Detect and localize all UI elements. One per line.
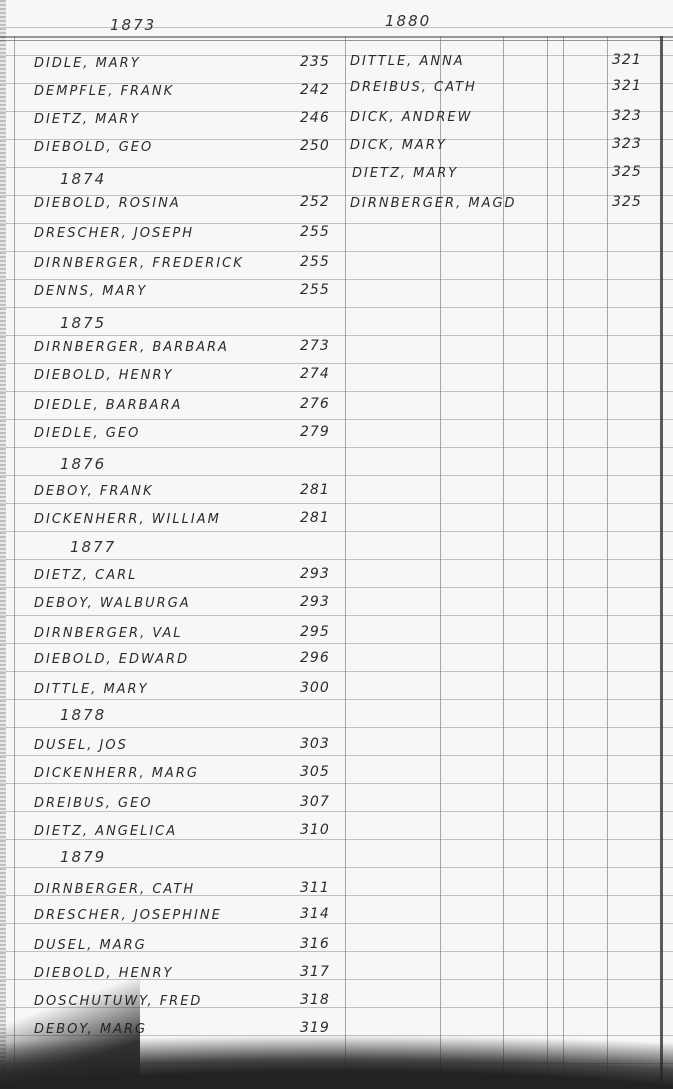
header-rule — [0, 36, 673, 38]
entry-page: 300 — [300, 680, 330, 696]
entry-name: DIETZ, CARL — [34, 568, 137, 583]
entry-name: DEBOY, WALBURGA — [34, 596, 191, 611]
entry-name: DICKENHERR, WILLIAM — [34, 512, 221, 527]
entry-page: 323 — [612, 108, 642, 124]
margin-line — [660, 36, 663, 1089]
year-heading: 1875 — [60, 314, 106, 332]
entry-page: 255 — [300, 254, 330, 270]
entry-page: 276 — [300, 396, 330, 412]
column-line — [440, 36, 441, 1089]
entry-name: DIETZ, MARY — [352, 166, 458, 181]
entry-page: 325 — [612, 194, 642, 210]
entry-page: 252 — [300, 194, 330, 210]
entry-page: 317 — [300, 964, 330, 980]
entry-page: 321 — [612, 52, 642, 68]
ledger-page: 1873DIDLE, MARY235DEMPFLE, FRANK242DIETZ… — [0, 0, 673, 1089]
entry-name: DIEBOLD, ROSINA — [34, 196, 181, 211]
entry-page: 325 — [612, 164, 642, 180]
entry-name: DIEDLE, BARBARA — [34, 398, 182, 413]
entry-page: 274 — [300, 366, 330, 382]
entry-name: DICK, ANDREW — [350, 110, 472, 125]
entry-name: DITTLE, MARY — [34, 682, 149, 697]
entry-page: 321 — [612, 78, 642, 94]
entry-page: 281 — [300, 510, 330, 526]
entry-page: 246 — [300, 110, 330, 126]
entry-page: 293 — [300, 566, 330, 582]
column-line — [607, 36, 608, 1089]
column-line — [14, 36, 15, 1089]
entry-page: 323 — [612, 136, 642, 152]
entry-name: DICKENHERR, MARG — [34, 766, 199, 781]
entry-name: DIRNBERGER, VAL — [34, 626, 183, 641]
year-heading: 1877 — [70, 538, 116, 556]
entry-page: 311 — [300, 880, 330, 896]
entry-page: 295 — [300, 624, 330, 640]
entry-name: DITTLE, ANNA — [350, 54, 465, 69]
entry-name: DIETZ, ANGELICA — [34, 824, 177, 839]
entry-name: DEBOY, FRANK — [34, 484, 154, 499]
year-heading: 1878 — [60, 706, 106, 724]
entry-name: DIDLE, MARY — [34, 56, 141, 71]
column-line — [503, 36, 504, 1089]
year-heading: 1879 — [60, 848, 106, 866]
entry-name: DIRNBERGER, FREDERICK — [34, 256, 244, 271]
entry-page: 281 — [300, 482, 330, 498]
entry-name: DIETZ, MARY — [34, 112, 140, 127]
entry-page: 303 — [300, 736, 330, 752]
entry-name: DRESCHER, JOSEPH — [34, 226, 194, 241]
entry-name: DREIBUS, CATH — [350, 80, 477, 95]
entry-page: 293 — [300, 594, 330, 610]
entry-name: DIEBOLD, HENRY — [34, 368, 173, 383]
column-line — [345, 36, 346, 1089]
entry-page: 255 — [300, 282, 330, 298]
entry-page: 310 — [300, 822, 330, 838]
entry-name: DIRNBERGER, BARBARA — [34, 340, 229, 355]
entry-name: DIEDLE, GEO — [34, 426, 140, 441]
year-heading: 1874 — [60, 170, 106, 188]
entry-name: DEMPFLE, FRANK — [34, 84, 174, 99]
year-heading: 1873 — [110, 16, 156, 34]
column-line — [563, 36, 564, 1089]
year-heading: 1876 — [60, 455, 106, 473]
entry-name: DIRNBERGER, CATH — [34, 882, 195, 897]
entry-name: DRESCHER, JOSEPHINE — [34, 908, 222, 923]
entry-page: 305 — [300, 764, 330, 780]
entry-page: 273 — [300, 338, 330, 354]
page-binding-edge — [0, 0, 6, 1089]
entry-page: 314 — [300, 906, 330, 922]
entry-name: DICK, MARY — [350, 138, 447, 153]
entry-page: 255 — [300, 224, 330, 240]
entry-name: DIEBOLD, EDWARD — [34, 652, 189, 667]
entry-page: 242 — [300, 82, 330, 98]
entry-page: 250 — [300, 138, 330, 154]
column-line — [547, 36, 548, 1089]
year-heading: 1880 — [385, 12, 431, 30]
entry-name: DIEBOLD, GEO — [34, 140, 153, 155]
entry-page: 316 — [300, 936, 330, 952]
entry-name: DUSEL, JOS — [34, 738, 128, 753]
entry-name: DIRNBERGER, MAGD — [350, 196, 517, 211]
entry-page: 279 — [300, 424, 330, 440]
entry-name: DENNS, MARY — [34, 284, 147, 299]
entry-page: 307 — [300, 794, 330, 810]
entry-name: DREIBUS, GEO — [34, 796, 153, 811]
header-rule-2 — [0, 40, 673, 41]
scan-shadow — [0, 999, 673, 1089]
entry-page: 235 — [300, 54, 330, 70]
entry-page: 296 — [300, 650, 330, 666]
